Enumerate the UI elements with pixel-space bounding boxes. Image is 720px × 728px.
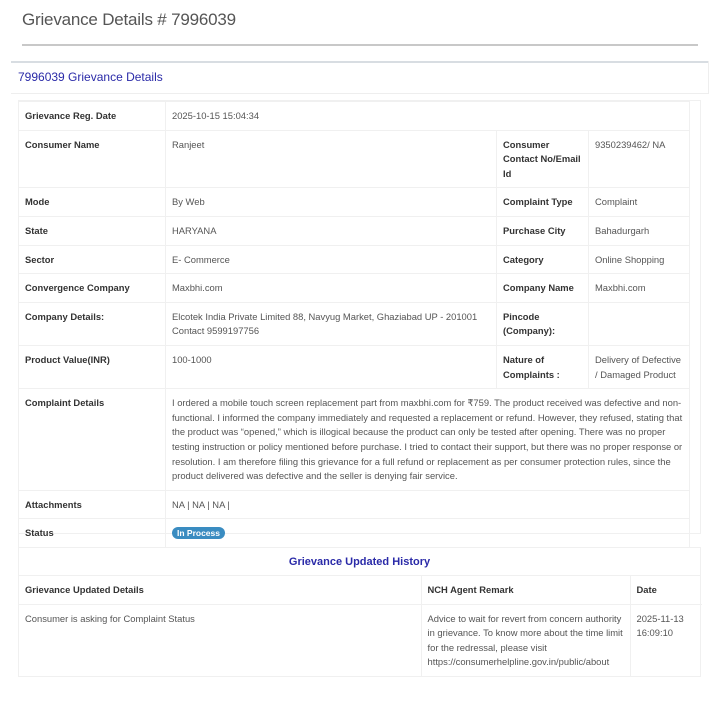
reg-date-value: 2025-10-15 15:04:34: [166, 102, 690, 131]
category-value: Online Shopping: [589, 245, 690, 274]
purchase-city-value: Bahadurgarh: [589, 216, 690, 245]
consumer-name-label: Consumer Name: [19, 130, 166, 188]
table-row: Consumer is asking for Complaint Status …: [19, 604, 702, 676]
sector-value: E- Commerce: [166, 245, 497, 274]
pincode-label: Pincode (Company):: [497, 302, 589, 345]
reg-date-label: Grievance Reg. Date: [19, 102, 166, 131]
table-row: Sector E- Commerce Category Online Shopp…: [19, 245, 690, 274]
consumer-name-value: Ranjeet: [166, 130, 497, 188]
table-header-row: Grievance Updated Details NCH Agent Rema…: [19, 576, 702, 604]
complaint-type-value: Complaint: [589, 188, 690, 217]
table-row: State HARYANA Purchase City Bahadurgarh: [19, 216, 690, 245]
table-row: Grievance Reg. Date 2025-10-15 15:04:34: [19, 102, 690, 131]
panel-divider: [708, 61, 709, 94]
pincode-value: [589, 302, 690, 345]
column-header-date: Date: [630, 576, 702, 604]
category-label: Category: [497, 245, 589, 274]
history-title: Grievance Updated History: [19, 548, 700, 576]
state-label: State: [19, 216, 166, 245]
table-row: Convergence Company Maxbhi.com Company N…: [19, 274, 690, 303]
complaint-type-label: Complaint Type: [497, 188, 589, 217]
column-header-remark: NCH Agent Remark: [421, 576, 630, 604]
status-label: Status: [19, 519, 166, 548]
grievance-panel-header: 7996039 Grievance Details: [11, 61, 709, 94]
nature-value: Delivery of Defective / Damaged Product: [589, 345, 690, 388]
column-header-details: Grievance Updated Details: [19, 576, 421, 604]
history-remark: Advice to wait for revert from concern a…: [421, 604, 630, 676]
company-details-label: Company Details:: [19, 302, 166, 345]
history-details: Consumer is asking for Complaint Status: [19, 604, 421, 676]
company-name-label: Company Name: [497, 274, 589, 303]
table-row: Consumer Name Ranjeet Consumer Contact N…: [19, 130, 690, 188]
status-cell: In Process: [166, 519, 690, 548]
status-badge: In Process: [172, 527, 225, 539]
attachments-label: Attachments: [19, 490, 166, 519]
table-row: Company Details: Elcotek India Private L…: [19, 302, 690, 345]
complaint-details-value: I ordered a mobile touch screen replacem…: [166, 389, 690, 491]
table-row: Product Value(INR) 100-1000 Nature of Co…: [19, 345, 690, 388]
company-name-value: Maxbhi.com: [589, 274, 690, 303]
attachments-value: NA | NA | NA |: [166, 490, 690, 519]
contact-value: 9350239462/ NA: [589, 130, 690, 188]
table-row: Status In Process: [19, 519, 690, 548]
table-row: Complaint Details I ordered a mobile tou…: [19, 389, 690, 491]
nature-label: Nature of Complaints :: [497, 345, 589, 388]
sector-label: Sector: [19, 245, 166, 274]
convergence-company-label: Convergence Company: [19, 274, 166, 303]
mode-value: By Web: [166, 188, 497, 217]
purchase-city-label: Purchase City: [497, 216, 589, 245]
complaint-details-label: Complaint Details: [19, 389, 166, 491]
state-value: HARYANA: [166, 216, 497, 245]
grievance-history-section: Grievance Updated History Grievance Upda…: [18, 547, 701, 677]
table-row: Mode By Web Complaint Type Complaint: [19, 188, 690, 217]
history-date: 2025-11-13 16:09:10: [630, 604, 702, 676]
product-value-label: Product Value(INR): [19, 345, 166, 388]
product-value-value: 100-1000: [166, 345, 497, 388]
history-table: Grievance Updated Details NCH Agent Rema…: [19, 576, 702, 676]
mode-label: Mode: [19, 188, 166, 217]
contact-label: Consumer Contact No/Email Id: [497, 130, 589, 188]
page-title: Grievance Details # 7996039: [22, 10, 236, 30]
panel-heading: 7996039 Grievance Details: [18, 70, 163, 84]
grievance-details-table: Grievance Reg. Date 2025-10-15 15:04:34 …: [18, 101, 690, 548]
table-row: Attachments NA | NA | NA |: [19, 490, 690, 519]
page-header: Grievance Details # 7996039: [22, 0, 698, 46]
company-details-value: Elcotek India Private Limited 88, Navyug…: [166, 302, 497, 345]
convergence-company-value: Maxbhi.com: [166, 274, 497, 303]
